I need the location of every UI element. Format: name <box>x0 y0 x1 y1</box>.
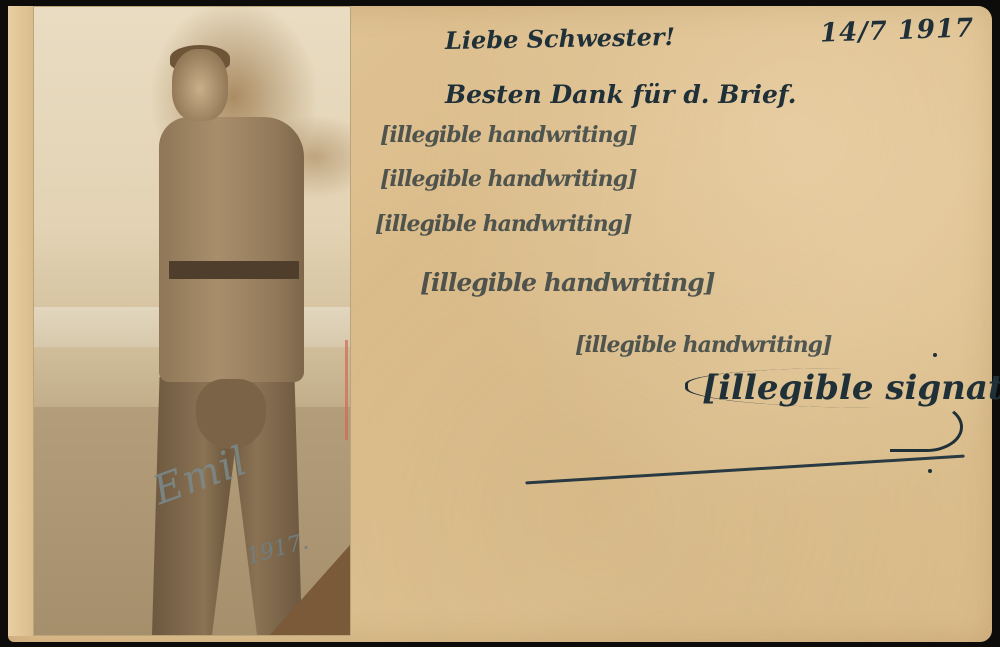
soldier-face <box>172 49 228 121</box>
red-mark <box>345 340 348 440</box>
signature-underline <box>525 455 964 485</box>
letter-line-6: [illegible handwriting] <box>575 332 831 358</box>
handwritten-letter: Liebe Schwester! 14/7 1917 Besten Dank f… <box>350 6 990 636</box>
letter-line-2: [illegible handwriting] <box>380 122 636 148</box>
letter-signature: [illegible signature] <box>685 368 1000 408</box>
letter-line-3: [illegible handwriting] <box>380 166 636 192</box>
ink-dot <box>933 353 937 357</box>
letter-line-1: Besten Dank für d. Brief. <box>445 80 797 109</box>
letter-greeting: Liebe Schwester! <box>445 22 676 55</box>
soldier-belt <box>169 261 299 279</box>
letter-date: 14/7 1917 <box>820 13 975 48</box>
letter-line-4: [illegible handwriting] <box>375 211 631 237</box>
soldier-photograph: Emil 1917. <box>33 6 351 636</box>
soldier-cap-in-hand <box>196 379 266 449</box>
signature-flourish <box>890 402 963 452</box>
soldier-uniform <box>159 117 304 382</box>
ink-dot <box>928 469 932 473</box>
letter-line-5: [illegible handwriting] <box>420 268 715 297</box>
